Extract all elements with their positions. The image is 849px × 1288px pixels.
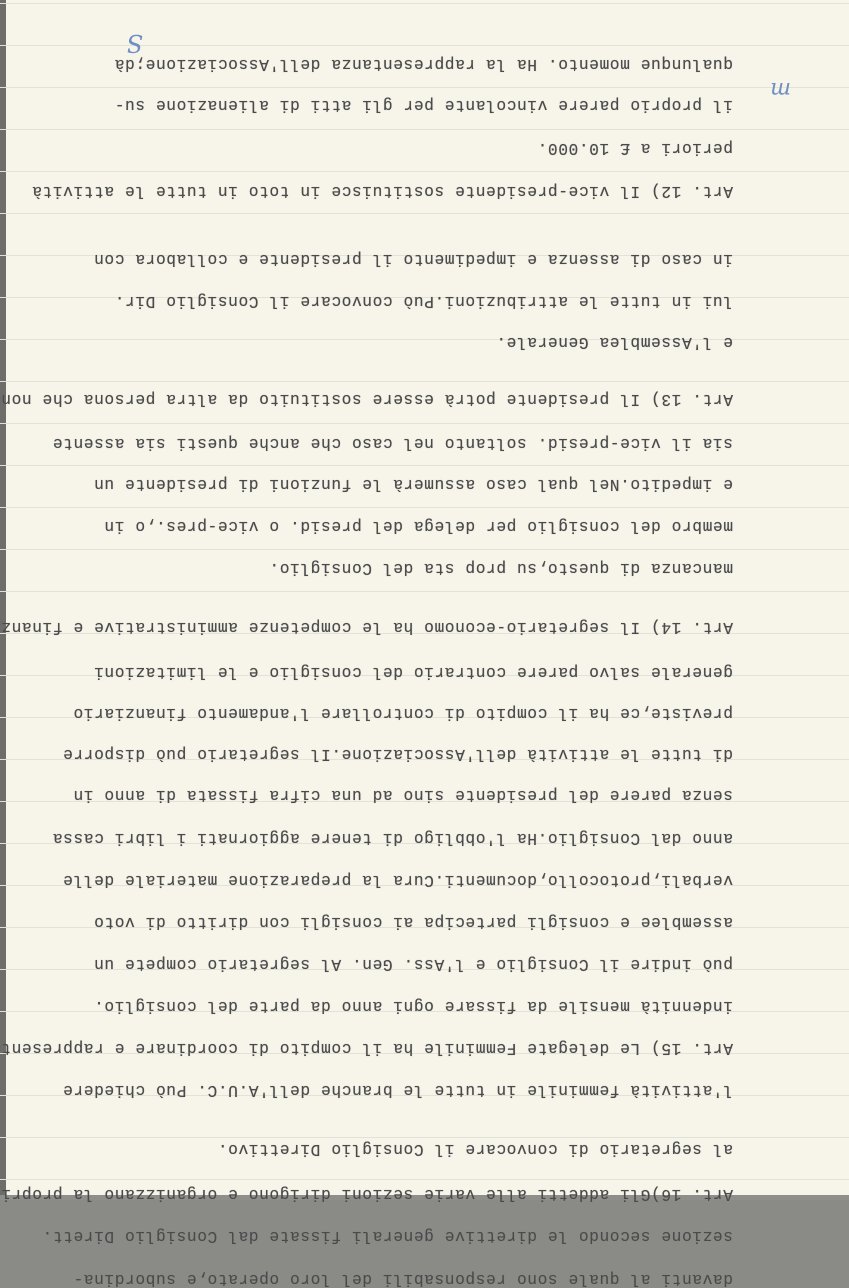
typed-line: indennità mensile da fissare ogni anno d… bbox=[94, 997, 733, 1015]
typed-line: l'attività femminile in tutte le branche… bbox=[63, 1081, 733, 1099]
typed-line: sia il vice-presid. soltanto nel caso ch… bbox=[52, 434, 733, 452]
typed-line: Art. 16)Gli addetti alle varie sezioni d… bbox=[0, 1185, 733, 1200]
rule-line bbox=[0, 465, 849, 466]
typed-line: anno dal Consiglio.Ha l'obbligo di tener… bbox=[52, 829, 733, 847]
rule-line bbox=[0, 3, 849, 4]
typed-line: e l'Assemblea Generale. bbox=[496, 333, 733, 351]
typed-line: mancanza di questo,su prop sta del Consi… bbox=[269, 559, 733, 577]
typed-line: di tutte le attività dell'Associazione.I… bbox=[63, 745, 733, 763]
rule-line bbox=[0, 507, 849, 508]
typed-line: qualunque momento. Ha la rappresentanza … bbox=[114, 55, 733, 73]
typed-line: Art. 14) Il segretario-economo ha le com… bbox=[0, 618, 733, 636]
typed-line: membro del consiglio per delega del pres… bbox=[104, 517, 733, 535]
typed-line: Art. 13) Il presidente potrà essere sost… bbox=[1, 390, 733, 408]
typed-line: generale salvo parere contrario del cons… bbox=[94, 663, 733, 681]
rule-line bbox=[0, 129, 849, 130]
rule-line bbox=[0, 549, 849, 550]
typed-line: Art. 12) Il vice-presidente sostituisce … bbox=[32, 182, 733, 200]
typed-line: al segretario di convocare il Consiglio … bbox=[217, 1140, 733, 1158]
rule-line bbox=[0, 423, 849, 424]
rule-line bbox=[0, 87, 849, 88]
rule-line bbox=[0, 381, 849, 382]
typed-line: il proprio parere vincolante per gli att… bbox=[114, 96, 733, 114]
typed-line: senza parere del presidente sino ad una … bbox=[73, 786, 733, 804]
typed-line: può indire il Consiglio e l'Ass. Gen. Al… bbox=[94, 955, 733, 973]
typed-line: verbali,protocollo,documenti.Cura la pre… bbox=[63, 871, 733, 889]
typed-line: periori a £ 10.000. bbox=[537, 139, 733, 157]
typed-line: lui in tutte le attribuzioni.Può convoca… bbox=[114, 292, 733, 310]
rule-line bbox=[0, 1179, 849, 1180]
scanned-typed-page: qualunque momento. Ha la rappresentanza … bbox=[0, 0, 849, 1200]
handwritten-mark-s: S bbox=[127, 29, 143, 57]
scan-edge-shadow bbox=[0, 0, 6, 1200]
handwritten-mark-m: m bbox=[770, 77, 791, 102]
typed-line: previste,ce ha il compito di controllare… bbox=[73, 704, 733, 722]
rule-line bbox=[0, 1137, 849, 1138]
typed-line: in caso di assenza e impedimento il pres… bbox=[94, 250, 733, 268]
rule-line bbox=[0, 171, 849, 172]
typed-line: assemblee e consigli partecipa ai consig… bbox=[94, 913, 733, 931]
typed-line: Art. 15) Le delegate Femminile ha il com… bbox=[0, 1039, 733, 1057]
typed-line: e impedito.Nel qual caso assumerà le fun… bbox=[94, 475, 733, 493]
rule-line bbox=[0, 591, 849, 592]
rule-line bbox=[0, 213, 849, 214]
